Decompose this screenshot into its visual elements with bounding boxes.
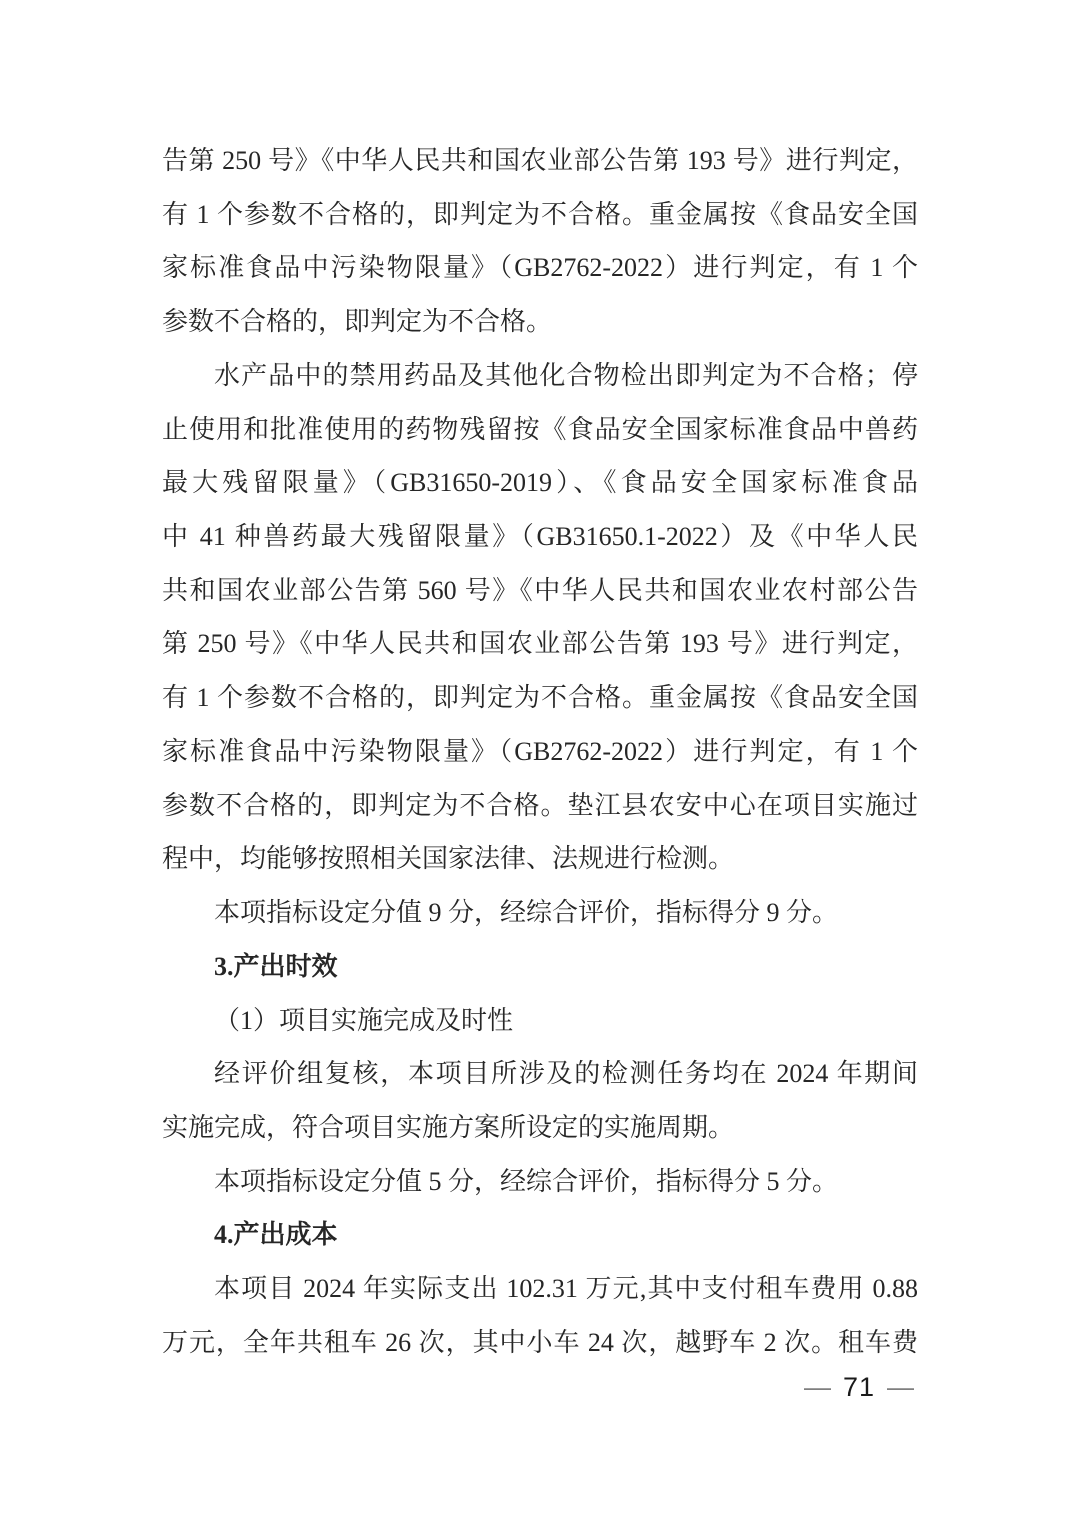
text-line: 4.产出成本	[162, 1208, 918, 1262]
text-line: 参数不合格的，即判定为不合格。垫江县农安中心在项目实施过	[162, 779, 918, 833]
text-line: 最大残留限量》（GB31650-2019）、《食品安全国家标准食品	[162, 456, 918, 510]
text-line: 参数不合格的，即判定为不合格。	[162, 295, 918, 349]
text-line: 有 1 个参数不合格的，即判定为不合格。重金属按《食品安全国	[162, 671, 918, 725]
page-number: — 71 —	[804, 1372, 914, 1402]
text-line: 本项指标设定分值 5 分，经综合评价，指标得分 5 分。	[162, 1155, 918, 1209]
page-number-dash-left: —	[804, 1372, 831, 1402]
text-line: 3.产出时效	[162, 940, 918, 994]
text-line: 有 1 个参数不合格的，即判定为不合格。重金属按《食品安全国	[162, 188, 918, 242]
text-line: 实施完成，符合项目实施方案所设定的实施周期。	[162, 1101, 918, 1155]
text-line: 水产品中的禁用药品及其他化合物检出即判定为不合格；停	[162, 349, 918, 403]
text-line: 经评价组复核，本项目所涉及的检测任务均在 2024 年期间	[162, 1047, 918, 1101]
text-line: 中 41 种兽药最大残留限量》（GB31650.1-2022）及《中华人民	[162, 510, 918, 564]
text-line: 本项目 2024 年实际支出 102.31 万元,其中支付租车费用 0.88	[162, 1262, 918, 1316]
text-line: （1）项目实施完成及时性	[162, 994, 918, 1048]
document-body: 告第 250 号》《中华人民共和国农业部公告第 193 号》进行判定，有 1 个…	[162, 134, 918, 1370]
text-line: 第 250 号》《中华人民共和国农业部公告第 193 号》进行判定，	[162, 617, 918, 671]
document-page: 告第 250 号》《中华人民共和国农业部公告第 193 号》进行判定，有 1 个…	[0, 0, 1074, 1520]
text-line: 万元，全年共租车 26 次，其中小车 24 次，越野车 2 次。租车费	[162, 1316, 918, 1370]
page-number-dash-right: —	[887, 1372, 914, 1402]
text-line: 告第 250 号》《中华人民共和国农业部公告第 193 号》进行判定，	[162, 134, 918, 188]
text-line: 家标准食品中污染物限量》（GB2762-2022）进行判定，有 1 个	[162, 725, 918, 779]
text-line: 家标准食品中污染物限量》（GB2762-2022）进行判定，有 1 个	[162, 241, 918, 295]
text-line: 本项指标设定分值 9 分，经综合评价，指标得分 9 分。	[162, 886, 918, 940]
page-number-value: 71	[843, 1372, 875, 1402]
text-line: 共和国农业部公告第 560 号》《中华人民共和国农业农村部公告	[162, 564, 918, 618]
text-line: 程中，均能够按照相关国家法律、法规进行检测。	[162, 832, 918, 886]
text-line: 止使用和批准使用的药物残留按《食品安全国家标准食品中兽药	[162, 403, 918, 457]
